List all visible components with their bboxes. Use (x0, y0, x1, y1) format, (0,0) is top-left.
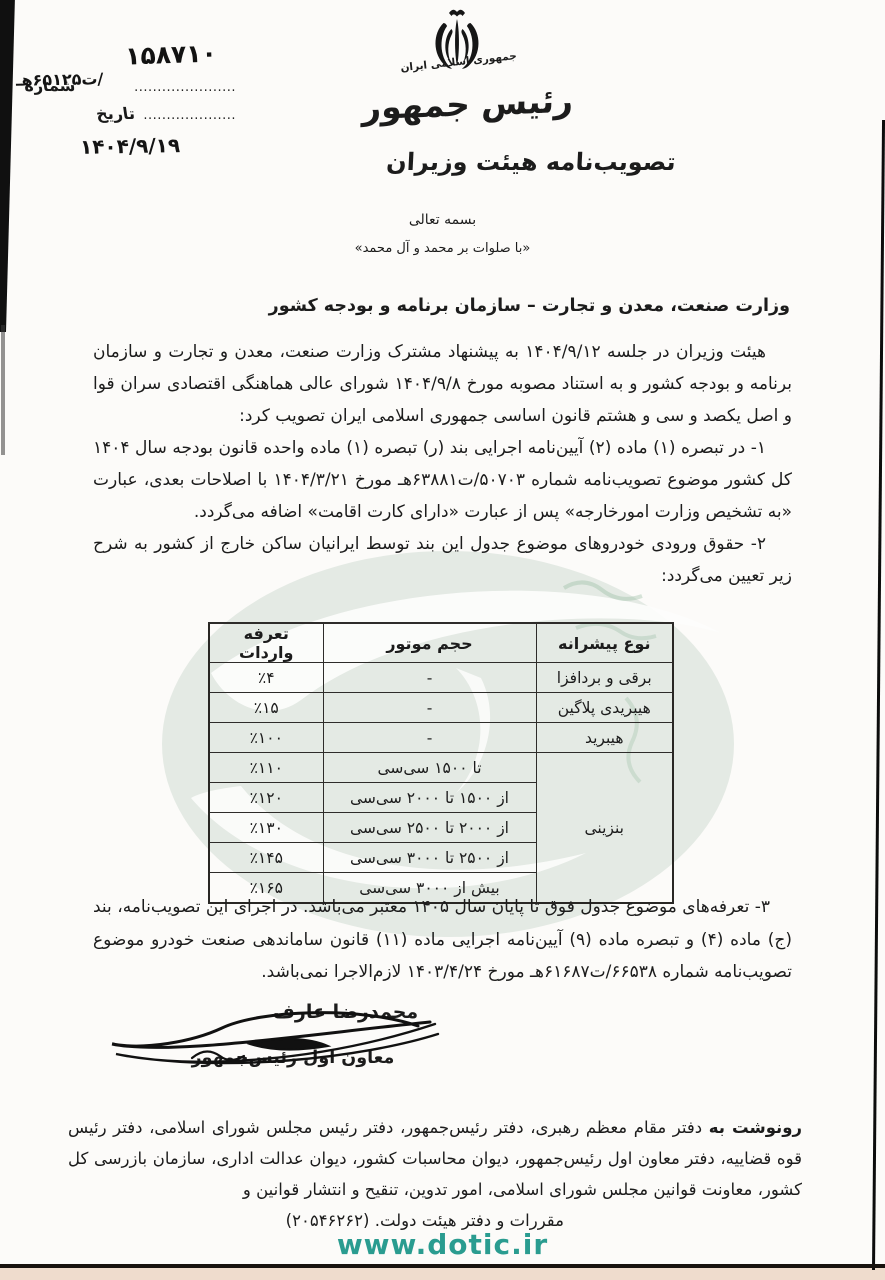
table-header-row: نوع پیشرانه حجم موتور تعرفه واردات (209, 623, 673, 663)
scan-background-strip (0, 1268, 885, 1280)
distribution-lead: رونوشت به (709, 1118, 802, 1137)
cell-engine: - (323, 663, 536, 693)
cell-tariff: ٪۱۱۰ (209, 753, 323, 783)
cell-tariff: ٪۱۵ (209, 693, 323, 723)
table-row: برقی و بردافزا - ٪۴ (209, 663, 673, 693)
clause-1-paragraph: ۱- در تبصره (۱) ماده (۲) آیین‌نامه اجرای… (93, 432, 792, 528)
intro-paragraph: هیئت وزیران در جلسه ۱۴۰۴/۹/۱۲ به پیشنهاد… (93, 336, 792, 432)
dotic-website-watermark: www.dotic.ir (0, 1228, 885, 1261)
cell-type: برقی و بردافزا (536, 663, 673, 693)
document-type-title: تصویب‌نامه هیئت وزیران (375, 148, 686, 176)
president-calligraphy: رئیس جمهور (387, 81, 574, 126)
scan-edge-bottom (0, 1264, 885, 1268)
header-import-tariff: تعرفه واردات (209, 623, 323, 663)
clause-3-block: ۳- تعرفه‌های موضوع جدول فوق تا پایان سال… (93, 891, 792, 989)
signature-scrawl (100, 1000, 450, 1086)
cell-type: هیبریدی پلاگین (536, 693, 673, 723)
date-row: .................... تاریخ (96, 104, 236, 123)
date-label: تاریخ (95, 104, 136, 123)
date-dotted-line: .................... (135, 108, 236, 123)
cell-engine: از ۱۵۰۰ تا ۲۰۰۰ سی‌سی (323, 783, 536, 813)
tariff-table-wrap: نوع پیشرانه حجم موتور تعرفه واردات برقی … (208, 622, 674, 904)
addressee-line: وزارت صنعت، معدن و تجارت – سازمان برنامه… (95, 296, 790, 316)
scanned-decree-page: ۱۵۸۷۱۰ ...................... شماره /ت۶۵… (0, 0, 885, 1280)
cell-type: هیبرید (536, 723, 673, 753)
cell-engine: از ۲۵۰۰ تا ۳۰۰۰ سی‌سی (323, 843, 536, 873)
table-row: هیبرید - ٪۱۰۰ (209, 723, 673, 753)
cell-tariff: ٪۱۲۰ (209, 783, 323, 813)
cell-tariff: ٪۱۴۵ (209, 843, 323, 873)
handwritten-date: ۱۴۰۴/۹/۱۹ (80, 133, 180, 159)
cell-tariff: ٪۴ (209, 663, 323, 693)
handwritten-serial-number: ۱۵۸۷۱۰ (96, 37, 247, 71)
cell-type-gasoline: بنزینی (536, 753, 673, 904)
scan-edge-right (872, 120, 885, 1270)
bismillah-line: بسمه تعالی (0, 212, 885, 228)
header-propulsion-type: نوع پیشرانه (536, 623, 673, 663)
tariff-table: نوع پیشرانه حجم موتور تعرفه واردات برقی … (208, 622, 674, 904)
distribution-paragraph: رونوشت به دفتر مقام معظم رهبری، دفتر رئی… (68, 1112, 802, 1205)
distribution-text: دفتر مقام معظم رهبری، دفتر رئیس‌جمهور، د… (68, 1118, 802, 1199)
cell-tariff: ٪۱۰۰ (209, 723, 323, 753)
salawat-line: «با صلوات بر محمد و آل محمد» (0, 241, 885, 256)
cell-tariff: ٪۱۳۰ (209, 813, 323, 843)
scan-edge-left (0, 0, 15, 332)
table-row: بنزینی تا ۱۵۰۰ سی‌سی ٪۱۱۰ (209, 753, 673, 783)
cell-engine: از ۲۰۰۰ تا ۲۵۰۰ سی‌سی (323, 813, 536, 843)
clause-2-paragraph: ۲- حقوق ورودی خودروهای موضوع جدول این بن… (93, 528, 792, 592)
header-engine-volume: حجم موتور (323, 623, 536, 663)
decree-body: هیئت وزیران در جلسه ۱۴۰۴/۹/۱۲ به پیشنهاد… (93, 336, 792, 592)
cell-engine: - (323, 693, 536, 723)
handwritten-file-number: /ت۶۵۱۲۵هـ (16, 69, 104, 90)
cell-engine: تا ۱۵۰۰ سی‌سی (323, 753, 536, 783)
table-row: هیبریدی پلاگین - ٪۱۵ (209, 693, 673, 723)
scan-edge-left-faint (1, 325, 5, 455)
clause-3-paragraph: ۳- تعرفه‌های موضوع جدول فوق تا پایان سال… (93, 891, 792, 989)
cell-engine: - (323, 723, 536, 753)
